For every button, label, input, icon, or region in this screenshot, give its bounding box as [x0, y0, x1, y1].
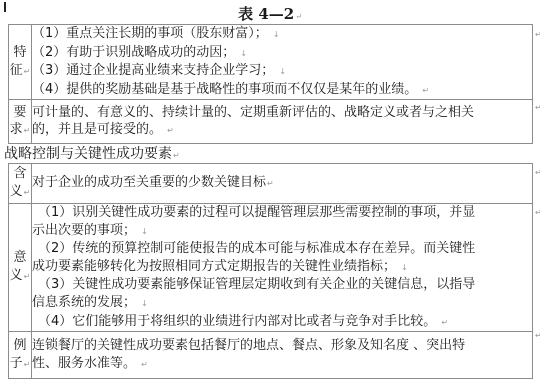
paragraph-mark-icon: ↵	[295, 12, 302, 21]
paragraph-mark-icon: ↵	[24, 188, 31, 197]
paragraph-mark-icon: ↵	[24, 67, 31, 76]
row-label-characteristics: 特 征↵	[9, 25, 32, 100]
label-char: 意	[9, 249, 31, 267]
table-row-example: 例 子↵ 连锁餐厅的关键性成功要素包括餐厅的地点、餐点、形象及知名度 、突出特 …	[9, 332, 533, 379]
cell-characteristics-content: （1）重点关注长期的事项（股东财富）； ↓ （2）有助于识别战略成功的动因； ↓…	[32, 25, 533, 100]
table-caption: 表 4—2↵	[0, 3, 540, 24]
row-label-example: 例 子↵	[9, 332, 32, 379]
paragraph-mark-icon: ↵	[422, 86, 429, 95]
text-line: 对于企业的成功至关重要的少数关键目标	[32, 175, 266, 190]
line-break-icon: ↓	[401, 263, 408, 272]
line-break-icon: ↓	[141, 299, 148, 308]
row-label-requirements: 要 求↵	[9, 100, 32, 144]
row-end-mark-icon: ↵	[535, 168, 540, 177]
line-break-icon: ↓	[279, 67, 286, 76]
text-line: 的，并且是可接受的。	[32, 122, 162, 137]
label-char: 义	[10, 268, 23, 283]
characteristics-table: 特 征↵ （1）重点关注长期的事项（股东财富）； ↓ （2）有助于识别战略成功的…	[8, 24, 533, 144]
list-item: （2）传统的预算控制可能使报告的成本可能与标准成本存在差异。而关键性	[32, 240, 532, 258]
cell-significance-content: （1）识别关键性成功要素的过程可以提醒管理层那些需要控制的事项，并显 示出次要的…	[32, 204, 533, 332]
list-item: （1）识别关键性成功要素的过程可以提醒管理层那些需要控制的事项，并显	[32, 204, 532, 222]
cell-requirements-content: 可计量的、有意义的、持续计量的、定期重新评估的、战略定义或者与之相关 的，并且是…	[32, 100, 533, 144]
label-char: 子	[10, 356, 23, 371]
paragraph-mark-icon: ↵	[24, 272, 31, 281]
table-row-characteristics: 特 征↵ （1）重点关注长期的事项（股东财富）； ↓ （2）有助于识别战略成功的…	[9, 25, 533, 100]
cell-definition-content: 对于企业的成功至关重要的少数关键目标↵	[32, 164, 533, 204]
row-end-mark-icon: ↵	[535, 331, 540, 340]
row-end-mark-icon: ↵	[535, 103, 540, 112]
text-line: 可计量的、有意义的、持续计量的、定期重新评估的、战略定义或者与之相关	[32, 104, 532, 122]
table-caption-text: 表 4—2	[238, 5, 294, 23]
paragraph-mark-icon: ↵	[167, 126, 174, 135]
paragraph-mark-icon: ↵	[441, 318, 448, 327]
label-char: 含	[9, 165, 31, 183]
paragraph-mark-icon: ↵	[141, 360, 148, 369]
paragraph-mark-icon: ↵	[24, 360, 31, 369]
list-item: （4）它们能够用于将组织的业绩进行内部对比或者与竞争对手比较。	[38, 314, 436, 329]
text-line: 连锁餐厅的关键性成功要素包括餐厅的地点、餐点、形象及知名度 、突出特	[32, 337, 532, 355]
line-break-icon: ↓	[240, 49, 247, 58]
label-char: 求	[10, 122, 23, 137]
text-line: 成功要素能够转化为按照相同方式定期报告的关键性业绩指标；	[32, 259, 396, 274]
text-line: 性、服务水准等。	[32, 356, 136, 371]
text-line: 示出次要的事项；	[32, 223, 136, 238]
cell-example-content: 连锁餐厅的关键性成功要素包括餐厅的地点、餐点、形象及知名度 、突出特 性、服务水…	[32, 332, 533, 379]
table-row-definition: 含 义↵ 对于企业的成功至关重要的少数关键目标↵	[9, 164, 533, 204]
line-break-icon: ↓	[141, 227, 148, 236]
table-row-requirements: 要 求↵ 可计量的、有意义的、持续计量的、定期重新评估的、战略定义或者与之相关 …	[9, 100, 533, 144]
paragraph-mark-icon: ↵	[24, 126, 31, 135]
section-heading: 战略控制与关键性成功要素↵	[4, 143, 180, 163]
section-heading-text: 战略控制与关键性成功要素	[4, 146, 172, 162]
text-line: 信息系统的发展；	[32, 295, 136, 310]
list-item: （2）有助于识别战略成功的动因；	[32, 45, 235, 60]
label-char: 要	[9, 104, 31, 122]
label-char: 特	[9, 44, 31, 62]
label-char: 例	[9, 337, 31, 355]
list-item: （3）关键性成功要素能够保证管理层定期收到有关企业的关键信息，以指导	[32, 276, 532, 294]
row-end-mark-icon: ↵	[535, 208, 540, 217]
csf-table: 含 义↵ 对于企业的成功至关重要的少数关键目标↵ 意 义↵ （1）识别关键性成功…	[8, 163, 533, 379]
paragraph-mark-icon: ↵	[267, 179, 274, 188]
label-char: 义	[10, 184, 23, 199]
list-item: （4）提供的奖励基础是基于战略性的事项而不仅仅是某年的业绩。	[32, 82, 417, 97]
row-label-significance: 意 义↵	[9, 204, 32, 332]
row-end-mark-icon: ↵	[535, 30, 540, 39]
row-label-definition: 含 义↵	[9, 164, 32, 204]
table-row-significance: 意 义↵ （1）识别关键性成功要素的过程可以提醒管理层那些需要控制的事项，并显 …	[9, 204, 533, 332]
line-break-icon: ↓	[273, 30, 280, 39]
list-item: （1）重点关注长期的事项（股东财富）；	[32, 26, 268, 41]
list-item: （3）通过企业提高业绩来支持企业学习；	[32, 63, 274, 78]
label-char: 征	[10, 63, 23, 78]
paragraph-mark-icon: ↵	[173, 151, 180, 160]
